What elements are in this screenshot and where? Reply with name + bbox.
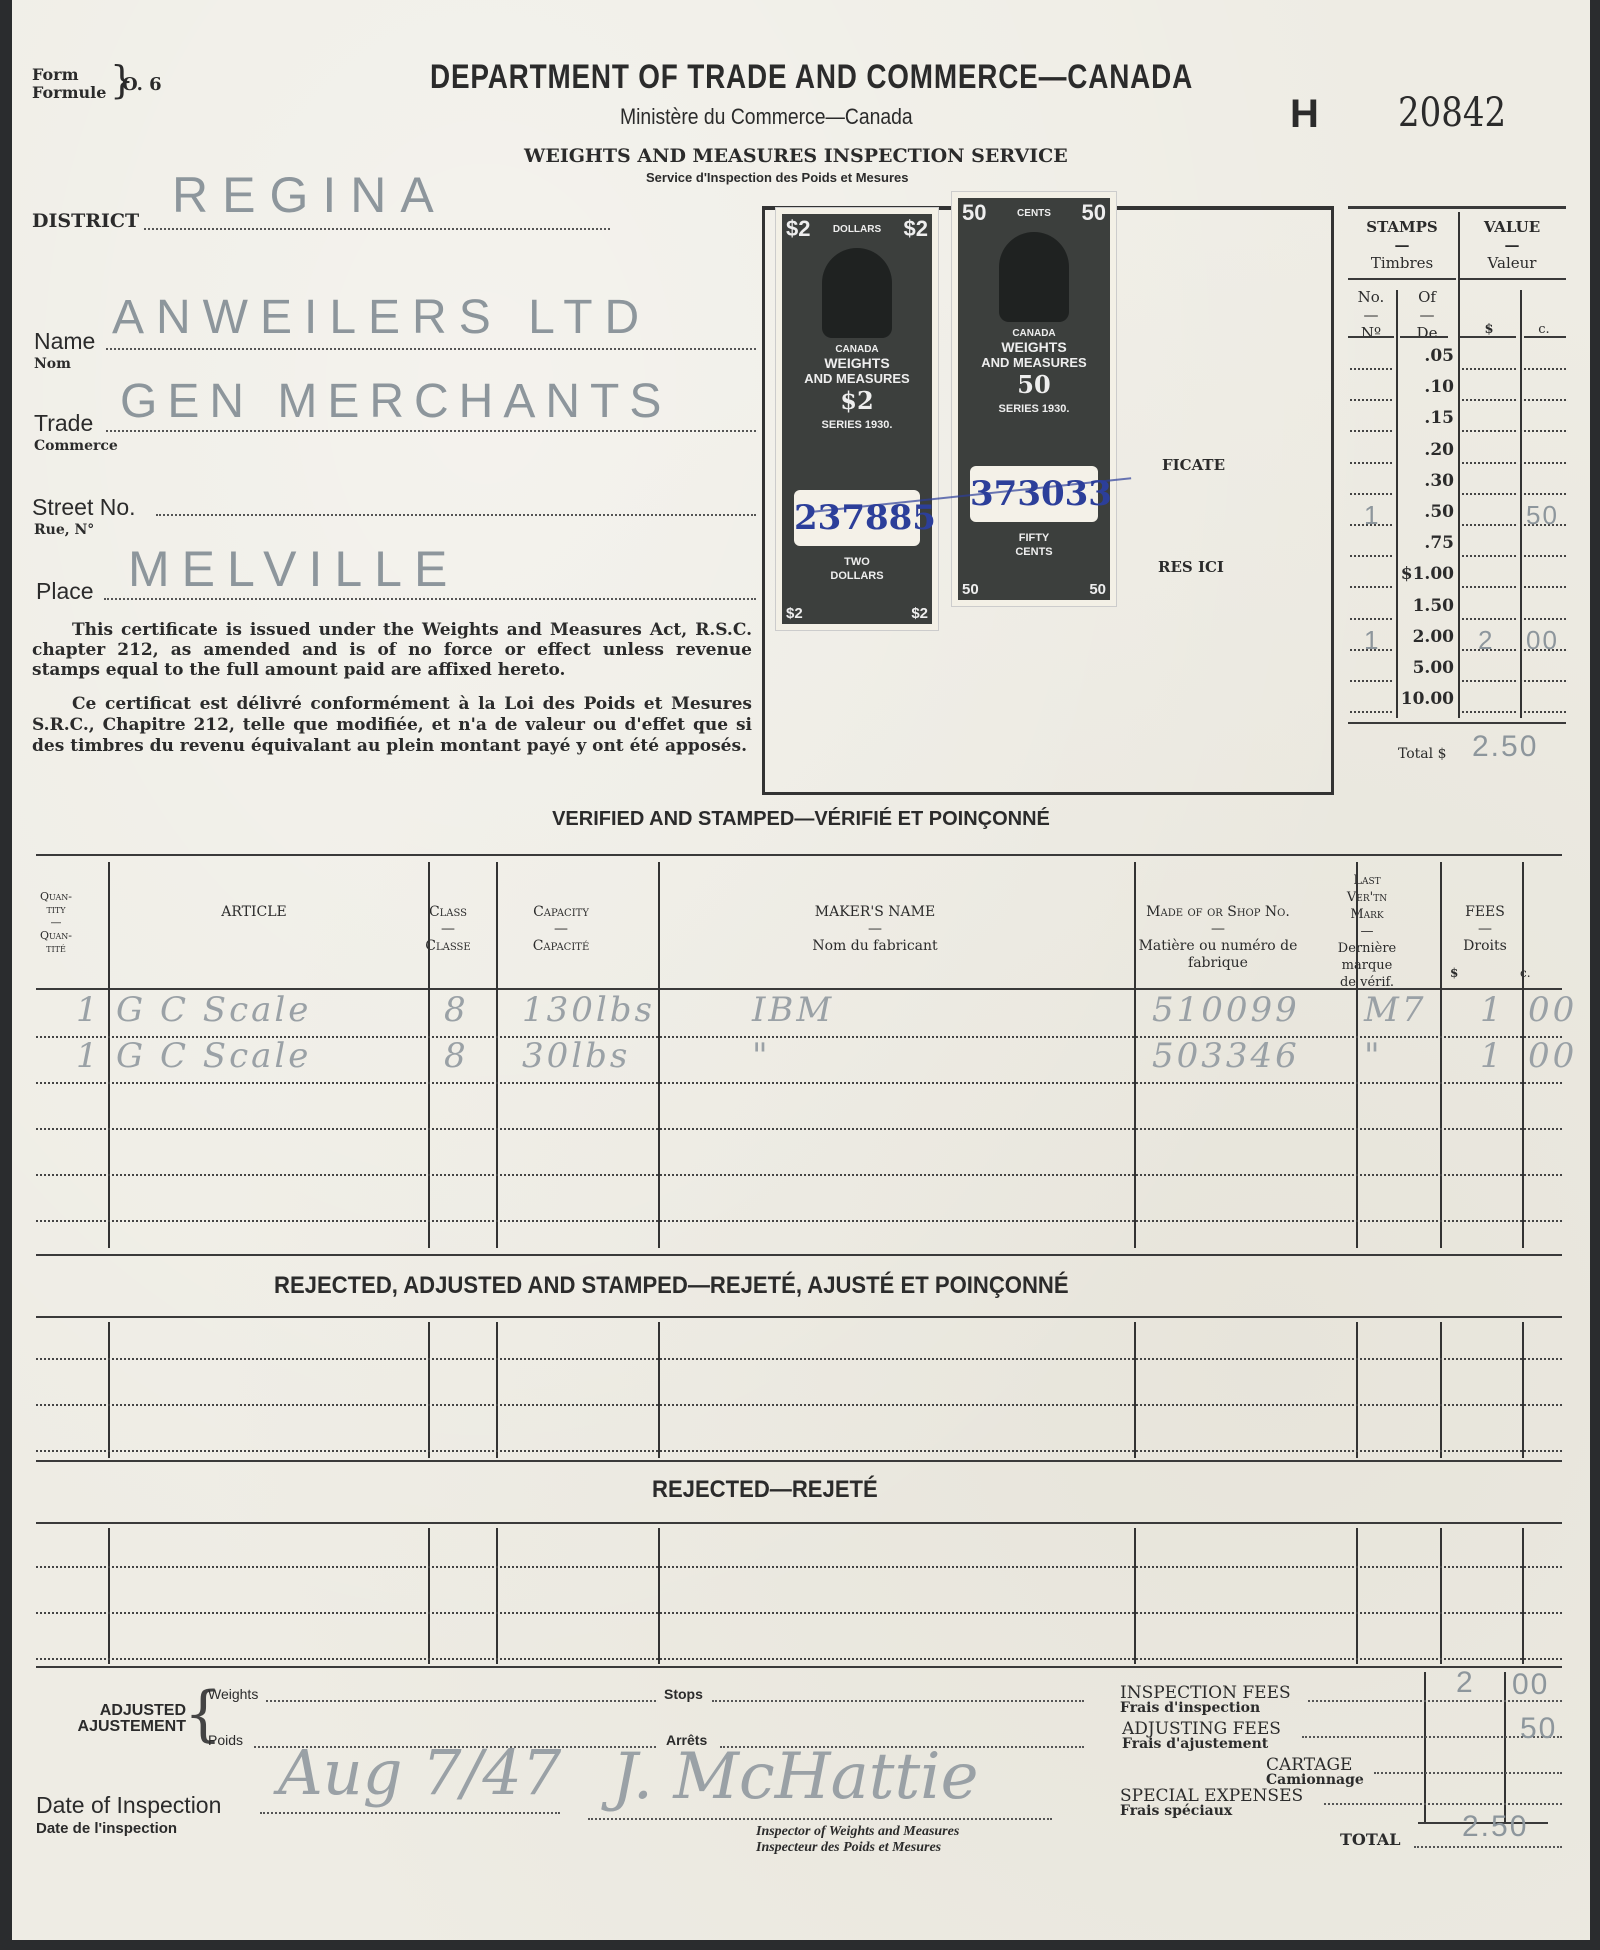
verified-qty-cell: 1 xyxy=(76,1036,101,1076)
date-label-fr: Date de l'inspection xyxy=(36,1820,177,1837)
stamp-denomination-cell: .05 xyxy=(1398,346,1454,366)
trade-label: Trade xyxy=(34,410,93,437)
rule xyxy=(1348,336,1394,338)
stamp-count-value: 1 xyxy=(1364,625,1384,656)
rule xyxy=(1460,336,1516,338)
dash: — xyxy=(416,921,480,938)
row-line[interactable] xyxy=(36,1358,1562,1360)
col-last-fr: Dernière marque de vérif. xyxy=(1333,940,1401,991)
col-no-fr: Nº xyxy=(1348,324,1394,342)
row-line[interactable] xyxy=(36,1566,1562,1568)
stops-field[interactable] xyxy=(712,1700,1084,1702)
stamp-top-row: 50 CENTS 50 xyxy=(958,198,1110,228)
king-portrait-icon xyxy=(822,248,892,338)
rejected-bottom-rule xyxy=(36,1666,1562,1668)
stamp-cents-field[interactable] xyxy=(1524,555,1566,557)
value-header-fr: Valeur xyxy=(1460,254,1564,272)
verified-class-cell: 8 xyxy=(444,990,469,1030)
stamp-corner-value: 50 xyxy=(962,581,979,598)
stamp-cents-field[interactable] xyxy=(1524,493,1566,495)
rejected-top-rule xyxy=(36,1522,1562,1524)
stamp-count-field[interactable] xyxy=(1350,586,1392,588)
fees-divider-2 xyxy=(1504,1672,1506,1824)
district-field[interactable] xyxy=(144,228,610,230)
stamp-cents-value: 00 xyxy=(1526,625,1559,656)
stamp-count-field[interactable] xyxy=(1350,368,1392,370)
col-quantity-en: Quan-tity xyxy=(36,890,76,916)
department-title-fr: Ministère du Commerce—Canada xyxy=(620,104,913,130)
column-divider xyxy=(658,862,660,1248)
stamp-cents-field[interactable] xyxy=(1524,462,1566,464)
dash: — xyxy=(1110,921,1326,938)
stamp-country: CANADA xyxy=(958,328,1110,339)
value-header-en: VALUE xyxy=(1460,218,1564,236)
adjusted-label-fr: AJUSTEMENT xyxy=(36,1719,186,1735)
stamp-corner-value: 50 xyxy=(962,200,986,226)
stamp-control-number: 237885 xyxy=(794,490,920,546)
stamp-dollars-field[interactable] xyxy=(1462,399,1516,401)
row-line[interactable] xyxy=(36,1174,1562,1176)
dash: — xyxy=(1348,306,1394,324)
stamp-title-2: AND MEASURES xyxy=(782,371,932,386)
stamp-corner-value: $2 xyxy=(904,216,928,242)
column-divider xyxy=(1356,1528,1358,1664)
form-label-en: Form xyxy=(32,66,106,84)
column-divider xyxy=(1134,862,1136,1248)
verified-title: VERIFIED AND STAMPED—VÉRIFIÉ ET POINÇONN… xyxy=(12,808,1590,831)
verified-class-cell: 8 xyxy=(444,1036,469,1076)
verified-shop-no-cell: 503346 xyxy=(1152,1036,1300,1076)
verified-fee-dollars-cell: 1 xyxy=(1480,990,1505,1030)
verified-fee-dollars-cell: 1 xyxy=(1480,1036,1505,1076)
dash: — xyxy=(1410,921,1560,938)
dash: — xyxy=(642,921,1108,938)
service-title: WEIGHTS AND MEASURES INSPECTION SERVICE xyxy=(524,145,1068,167)
place-value: MELVILLE xyxy=(128,540,459,598)
col-quantity-fr: Quan-tité xyxy=(36,929,76,955)
row-line[interactable] xyxy=(36,1658,1562,1660)
stamp-dollars-field[interactable] xyxy=(1462,368,1516,370)
district-label: DISTRICT xyxy=(32,210,139,232)
column-divider xyxy=(496,862,498,1248)
col-capacity-en: Capacity xyxy=(482,904,640,921)
adjusting-fees-cents: 50 xyxy=(1520,1712,1557,1746)
cartage-row: CARTAGE Camionnage xyxy=(1266,1755,1364,1788)
fees-dollars-header: $ xyxy=(1450,966,1458,980)
stamp-bottom-2: DOLLARS xyxy=(782,570,932,582)
date-value: Aug 7/47 xyxy=(278,1736,561,1809)
name-label-fr: Nom xyxy=(34,356,71,372)
serial-prefix: H xyxy=(1290,92,1319,137)
special-expenses-row: SPECIAL EXPENSES Frais spéciaux xyxy=(1120,1786,1303,1819)
dash: — xyxy=(1348,236,1456,254)
stamp-title-2: AND MEASURES xyxy=(958,355,1110,370)
dash: — xyxy=(482,921,640,938)
stamps-header: STAMPS — Timbres xyxy=(1348,218,1456,272)
fees-total-field[interactable] xyxy=(1414,1846,1562,1848)
stamp-dollars-field[interactable] xyxy=(1462,680,1516,682)
inspector-signature: J. McHattie xyxy=(612,1740,979,1814)
stamp-cents-field[interactable] xyxy=(1524,399,1566,401)
column-divider xyxy=(1134,1322,1136,1458)
stamp-denomination-cell: .20 xyxy=(1398,440,1454,460)
column-divider xyxy=(1134,1528,1136,1664)
col-fees-fr: Droits xyxy=(1410,938,1560,955)
col-capacity-header: Capacity—Capacité xyxy=(482,904,640,955)
revenue-stamp-50-cents: 50 CENTS 50 CANADA WEIGHTS AND MEASURES … xyxy=(952,192,1116,606)
stamp-dollars-field[interactable] xyxy=(1462,430,1516,432)
street-field[interactable] xyxy=(156,514,756,516)
dash: — xyxy=(1460,236,1564,254)
col-cents-header: c. xyxy=(1522,322,1566,337)
row-line[interactable] xyxy=(36,1128,1562,1130)
stamp-dollars-field[interactable] xyxy=(1462,493,1516,495)
date-field[interactable] xyxy=(260,1812,560,1814)
col-no-header: No.—Nº xyxy=(1348,288,1394,342)
stamps-subheader-rule xyxy=(1348,278,1456,280)
form-number: O. 6 xyxy=(122,74,162,95)
dash: — xyxy=(1398,306,1456,324)
col-of-fr: De xyxy=(1398,324,1456,342)
stamps-header-en: STAMPS xyxy=(1348,218,1456,236)
stamp-denomination-cell: .10 xyxy=(1398,377,1454,397)
column-divider xyxy=(108,862,110,1248)
verified-qty-cell: 1 xyxy=(76,990,101,1030)
row-line[interactable] xyxy=(36,1612,1562,1614)
col-shop-fr: Matière ou numéro de fabrique xyxy=(1138,938,1298,972)
notice-english: This certificate is issued under the Wei… xyxy=(32,620,752,680)
stamp-denomination-cell: 10.00 xyxy=(1398,689,1454,709)
stamp-series: SERIES 1930. xyxy=(782,419,932,431)
stamps-total-label: Total $ xyxy=(1398,746,1447,762)
inspector-label: Inspector of Weights and Measures Inspec… xyxy=(756,1824,959,1856)
stamp-corner-value: $2 xyxy=(786,605,803,622)
column-divider xyxy=(1440,862,1442,1248)
stamp-cents-field[interactable] xyxy=(1524,711,1566,713)
stamp-title-1: WEIGHTS xyxy=(782,355,932,371)
row-line[interactable] xyxy=(36,1450,1562,1452)
stamp-denomination-cell: .30 xyxy=(1398,471,1454,491)
rejected-adjusted-title: REJECTED, ADJUSTED AND STAMPED—REJETÉ, A… xyxy=(274,1272,1069,1300)
place-label: Place xyxy=(36,578,94,605)
stamp-count-value: 1 xyxy=(1364,500,1384,531)
col-of-en: Of xyxy=(1398,288,1456,306)
column-divider xyxy=(428,1322,430,1458)
verified-last-mark-cell: M7 xyxy=(1364,990,1426,1030)
stamp-count-field[interactable] xyxy=(1350,462,1392,464)
value-header: VALUE — Valeur xyxy=(1460,218,1564,272)
stamp-denomination-cell: .50 xyxy=(1398,502,1454,522)
row-line[interactable] xyxy=(36,1082,1562,1084)
stamp-cents-field[interactable] xyxy=(1524,368,1566,370)
trade-field[interactable] xyxy=(106,430,756,432)
serial-number: 20842 xyxy=(1398,90,1506,136)
stamp-denomination-cell: 5.00 xyxy=(1398,658,1454,678)
adjusting-fees-label-fr: Frais d'ajustement xyxy=(1122,1736,1281,1752)
stamp-cents-field[interactable] xyxy=(1524,680,1566,682)
column-divider xyxy=(1522,1528,1524,1664)
stamp-box-text-2: RES ICI xyxy=(1158,558,1224,576)
column-divider xyxy=(1440,1322,1442,1458)
column-divider xyxy=(658,1322,660,1458)
inspection-fees-row: INSPECTION FEES Frais d'inspection xyxy=(1120,1683,1291,1716)
department-title: DEPARTMENT OF TRADE AND COMMERCE—CANADA xyxy=(430,58,1193,97)
stamp-denomination-cell: $1.00 xyxy=(1398,564,1454,584)
col-last-mark-header: Last Ver'tn Mark—Dernière marque de véri… xyxy=(1328,872,1406,991)
form-label-fr: Formule xyxy=(32,84,106,102)
col-article-header: ARTICLE xyxy=(94,904,414,921)
rejected-adjusted-bottom-rule xyxy=(36,1460,1562,1462)
form-label: Form Formule xyxy=(32,66,106,102)
inspector-label-fr: Inspecteur des Poids et Mesures xyxy=(756,1840,959,1856)
rule xyxy=(1524,336,1566,338)
verified-maker-cell: " xyxy=(752,1036,771,1076)
col-dollars-header: $ xyxy=(1460,322,1518,337)
stamp-cents-field[interactable] xyxy=(1524,430,1566,432)
adjusted-label: ADJUSTED AJUSTEMENT xyxy=(36,1703,186,1735)
column-divider xyxy=(428,1528,430,1664)
name-label: Name xyxy=(34,328,95,355)
verified-shop-no-cell: 510099 xyxy=(1152,990,1300,1030)
dash: — xyxy=(1328,923,1406,940)
col-capacity-fr: Capacité xyxy=(482,938,640,955)
signature-field[interactable] xyxy=(588,1818,1052,1820)
stamp-corner-value: 50 xyxy=(1082,200,1106,226)
col-fees-en: FEES xyxy=(1410,904,1560,921)
column-divider xyxy=(1356,862,1358,1248)
stamp-denomination-cell: .15 xyxy=(1398,408,1454,428)
notice-french: Ce certificat est délivré conformément à… xyxy=(32,694,752,757)
stamp-cents-value: 50 xyxy=(1526,500,1559,531)
col-quantity-header: Quan-tity—Quan-tité xyxy=(36,890,76,955)
name-value: ANWEILERS LTD xyxy=(112,290,651,345)
stamp-denomination: 50 xyxy=(958,370,1110,399)
stops-label: Stops xyxy=(664,1686,703,1702)
adjusting-fees-row: ADJUSTING FEES Frais d'ajustement xyxy=(1122,1719,1281,1752)
stamp-corner-value: 50 xyxy=(1089,581,1106,598)
trade-label-fr: Commerce xyxy=(34,438,118,454)
row-line[interactable] xyxy=(36,1220,1562,1222)
col-class-en: Class xyxy=(416,904,480,921)
stamps-table-top-rule xyxy=(1348,206,1566,209)
stamp-count-field[interactable] xyxy=(1350,555,1392,557)
inspection-fees-dollars: 2 xyxy=(1456,1666,1475,1700)
king-portrait-icon xyxy=(999,232,1069,322)
place-field[interactable] xyxy=(104,598,756,600)
stamp-denomination-cell: 1.50 xyxy=(1398,596,1454,616)
weights-label: Weights xyxy=(208,1686,258,1702)
col-of-header: Of—De xyxy=(1398,288,1456,342)
column-divider xyxy=(108,1322,110,1458)
stamp-dollars-field[interactable] xyxy=(1462,586,1516,588)
verified-capacity-cell: 130lbs xyxy=(522,990,655,1030)
stamps-table-divider xyxy=(1458,212,1460,718)
stamp-title-1: WEIGHTS xyxy=(958,339,1110,355)
stamp-dollars-field[interactable] xyxy=(1462,462,1516,464)
verified-maker-cell: IBM xyxy=(752,990,834,1030)
col-shop-header: Made of or Shop No.—Matière ou numéro de… xyxy=(1110,904,1326,972)
column-divider xyxy=(1440,1528,1442,1664)
col-maker-en: MAKER'S NAME xyxy=(642,904,1108,921)
fees-total-value: 2.50 xyxy=(1462,1810,1528,1844)
rule xyxy=(1400,336,1448,338)
column-divider xyxy=(1522,862,1524,1248)
verified-fee-cents-cell: 00 xyxy=(1528,1036,1577,1076)
stamp-top-label: DOLLARS xyxy=(833,224,881,235)
verified-article-cell: G C Scale xyxy=(116,990,311,1030)
stamp-dollars-field[interactable] xyxy=(1462,555,1516,557)
col-class-header: Class—Classe xyxy=(416,904,480,955)
inspector-label-en: Inspector of Weights and Measures xyxy=(756,1824,959,1840)
col-class-fr: Classe xyxy=(416,938,480,955)
col-shop-en: Made of or Shop No. xyxy=(1110,904,1326,921)
stamp-count-field[interactable] xyxy=(1350,680,1392,682)
row-line[interactable] xyxy=(36,1404,1562,1406)
adjusted-label-en: ADJUSTED xyxy=(36,1703,186,1719)
stamp-cents-field[interactable] xyxy=(1524,586,1566,588)
stamp-cents-field[interactable] xyxy=(1524,618,1566,620)
verified-last-mark-cell: " xyxy=(1364,1036,1383,1076)
stamp-denomination-cell: .75 xyxy=(1398,533,1454,553)
verified-bottom-rule xyxy=(36,1254,1562,1256)
stamp-count-field[interactable] xyxy=(1350,430,1392,432)
stamp-corner-value: $2 xyxy=(911,605,928,622)
poids-label: Poids xyxy=(208,1732,243,1748)
column-divider xyxy=(1356,1322,1358,1458)
column-divider xyxy=(428,862,430,1248)
stamp-count-field[interactable] xyxy=(1350,399,1392,401)
stamp-top-row: $2 DOLLARS $2 xyxy=(782,214,932,244)
stamp-corner-value: $2 xyxy=(786,216,810,242)
stamp-bottom-1: TWO xyxy=(782,556,932,568)
stamp-series: SERIES 1930. xyxy=(958,403,1110,415)
weights-field[interactable] xyxy=(266,1700,656,1702)
stamp-count-field[interactable] xyxy=(1350,618,1392,620)
stamp-count-field[interactable] xyxy=(1350,493,1392,495)
verified-article-cell: G C Scale xyxy=(116,1036,311,1076)
verified-fee-cents-cell: 00 xyxy=(1528,990,1577,1030)
fees-divider-1 xyxy=(1424,1672,1426,1824)
stamp-dollars-field[interactable] xyxy=(1462,618,1516,620)
stamp-dollars-value: 2 xyxy=(1478,625,1498,656)
column-divider xyxy=(108,1528,110,1664)
rejected-title: REJECTED—REJETÉ xyxy=(652,1476,878,1504)
column-divider xyxy=(496,1528,498,1664)
name-field[interactable] xyxy=(106,348,756,350)
certificate-paper: Form Formule } O. 6 DEPARTMENT OF TRADE … xyxy=(12,0,1590,1940)
service-title-fr: Service d'Inspection des Poids et Mesure… xyxy=(646,170,908,185)
stamp-denomination-cell: 2.00 xyxy=(1398,627,1454,647)
stamps-header-fr: Timbres xyxy=(1348,254,1456,272)
stamp-count-field[interactable] xyxy=(1350,711,1392,713)
special-expenses-field[interactable] xyxy=(1324,1803,1562,1805)
verified-capacity-cell: 30lbs xyxy=(522,1036,630,1076)
column-divider xyxy=(658,1528,660,1664)
stamp-denomination: $2 xyxy=(782,386,932,415)
col-maker-header: MAKER'S NAME—Nom du fabricant xyxy=(642,904,1108,955)
dash: — xyxy=(36,916,76,929)
date-label: Date of Inspection xyxy=(36,1792,221,1819)
cartage-field[interactable] xyxy=(1374,1772,1562,1774)
col-fees-header: FEES—Droits xyxy=(1410,904,1560,955)
fees-total-label: TOTAL xyxy=(1340,1830,1401,1849)
street-label-fr: Rue, N° xyxy=(34,522,94,538)
trade-value: GEN MERCHANTS xyxy=(120,374,671,429)
stamp-country: CANADA xyxy=(782,344,932,355)
col-no-en: No. xyxy=(1348,288,1394,306)
column-divider xyxy=(1522,1322,1524,1458)
stamp-top-label: CENTS xyxy=(1017,208,1051,219)
rejected-adjusted-top-rule xyxy=(36,1316,1562,1318)
stamp-box-text-1: FICATE xyxy=(1162,456,1225,474)
stamp-dollars-field[interactable] xyxy=(1462,711,1516,713)
street-label: Street No. xyxy=(32,494,136,521)
col-last-en: Last Ver'tn Mark xyxy=(1339,872,1395,923)
stamps-total-rule xyxy=(1348,722,1566,724)
district-value: REGINA xyxy=(172,166,448,224)
revenue-stamp-2-dollars: $2 DOLLARS $2 CANADA WEIGHTS AND MEASURE… xyxy=(776,208,938,630)
stamp-dollars-field[interactable] xyxy=(1462,524,1516,526)
dollars-cents-divider xyxy=(1520,290,1522,718)
stamp-bottom-2: CENTS xyxy=(958,546,1110,558)
inspection-fees-cents: 00 xyxy=(1512,1668,1549,1702)
stamp-bottom-1: FIFTY xyxy=(958,532,1110,544)
column-divider xyxy=(496,1322,498,1458)
stamps-total-value: 2.50 xyxy=(1472,730,1538,764)
col-maker-fr: Nom du fabricant xyxy=(642,938,1108,955)
verified-top-rule xyxy=(36,854,1562,856)
value-subheader-rule xyxy=(1460,278,1566,280)
